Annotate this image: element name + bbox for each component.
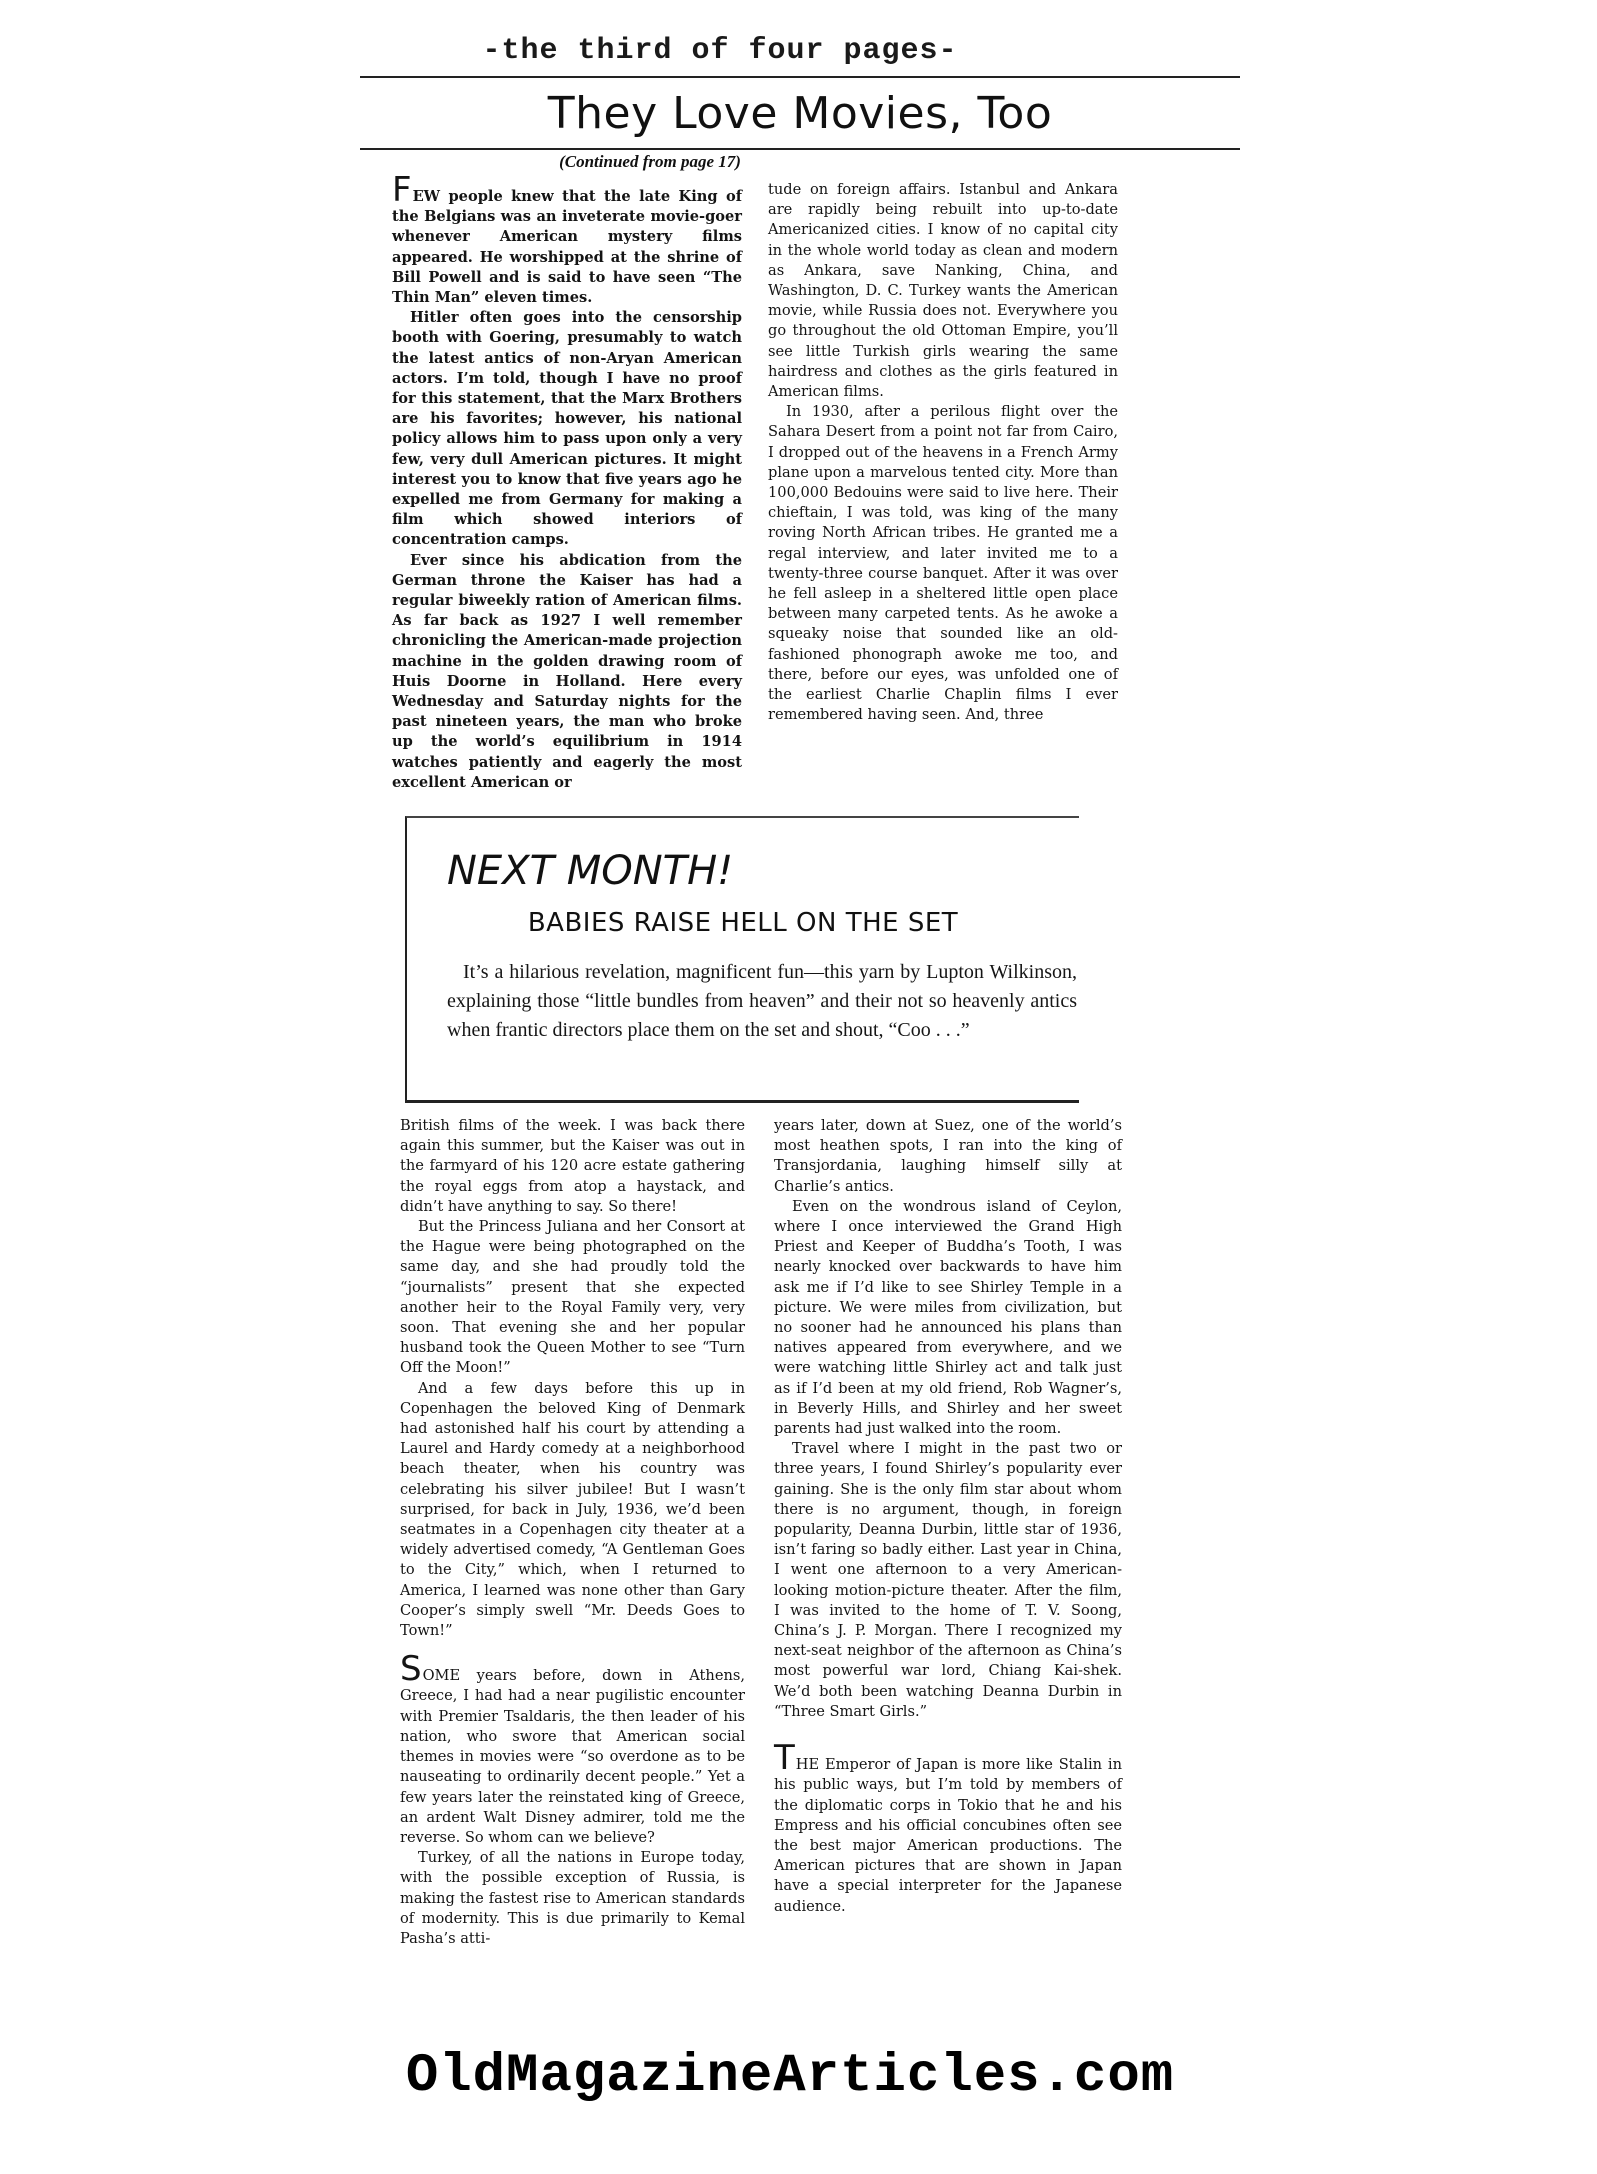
paragraph: tude on foreign affairs. Istanbul and An…: [768, 180, 1118, 402]
column-top-right: tude on foreign affairs. Istanbul and An…: [768, 180, 1118, 725]
paragraph: Travel where I might in the past two or …: [774, 1439, 1122, 1722]
paragraph: THE Emperor of Japan is more like Stalin…: [774, 1748, 1122, 1917]
continued-note: (Continued from page 17): [360, 152, 940, 172]
drop-cap: T: [774, 1738, 795, 1778]
paragraph: FEW people knew that the late King of th…: [392, 180, 742, 308]
paragraph: In 1930, after a perilous flight over th…: [768, 402, 1118, 725]
column-bottom-left: British films of the week. I was back th…: [400, 1116, 745, 1949]
paragraph: British films of the week. I was back th…: [400, 1116, 745, 1217]
article-title: They Love Movies, Too: [360, 84, 1240, 144]
top-rule: [360, 76, 1240, 78]
paragraph: But the Princess Juliana and her Consort…: [400, 1217, 745, 1379]
magazine-page: -the third of four pages- They Love Movi…: [0, 0, 1597, 2174]
promo-paragraph: It’s a hilarious revelation, magnificent…: [447, 958, 1077, 1045]
drop-cap: S: [400, 1649, 422, 1689]
column-top-left: FEW people knew that the late King of th…: [392, 180, 742, 793]
next-month-promo-box: NEXT MONTH! BABIES RAISE HELL ON THE SET…: [405, 816, 1079, 1103]
paragraph: Even on the wondrous island of Ceylon, w…: [774, 1197, 1122, 1439]
paragraph: years later, down at Suez, one of the wo…: [774, 1116, 1122, 1197]
promo-heading: NEXT MONTH!: [447, 848, 733, 894]
column-bottom-right: years later, down at Suez, one of the wo…: [774, 1116, 1122, 1917]
page-kicker: -the third of four pages-: [460, 34, 980, 68]
paragraph: And a few days before this up in Copenha…: [400, 1379, 745, 1642]
drop-cap: F: [392, 170, 412, 210]
paragraph: Hitler often goes into the censorship bo…: [392, 308, 742, 550]
paragraph: Ever since his abdication from the Germa…: [392, 551, 742, 793]
promo-subheading: BABIES RAISE HELL ON THE SET: [407, 908, 1079, 938]
paragraph: SOME years before, down in Athens, Greec…: [400, 1659, 745, 1848]
site-watermark: OldMagazineArticles.com: [340, 2046, 1240, 2107]
promo-body: It’s a hilarious revelation, magnificent…: [447, 958, 1077, 1045]
title-rule: [360, 148, 1240, 150]
paragraph: Turkey, of all the nations in Europe tod…: [400, 1848, 745, 1949]
